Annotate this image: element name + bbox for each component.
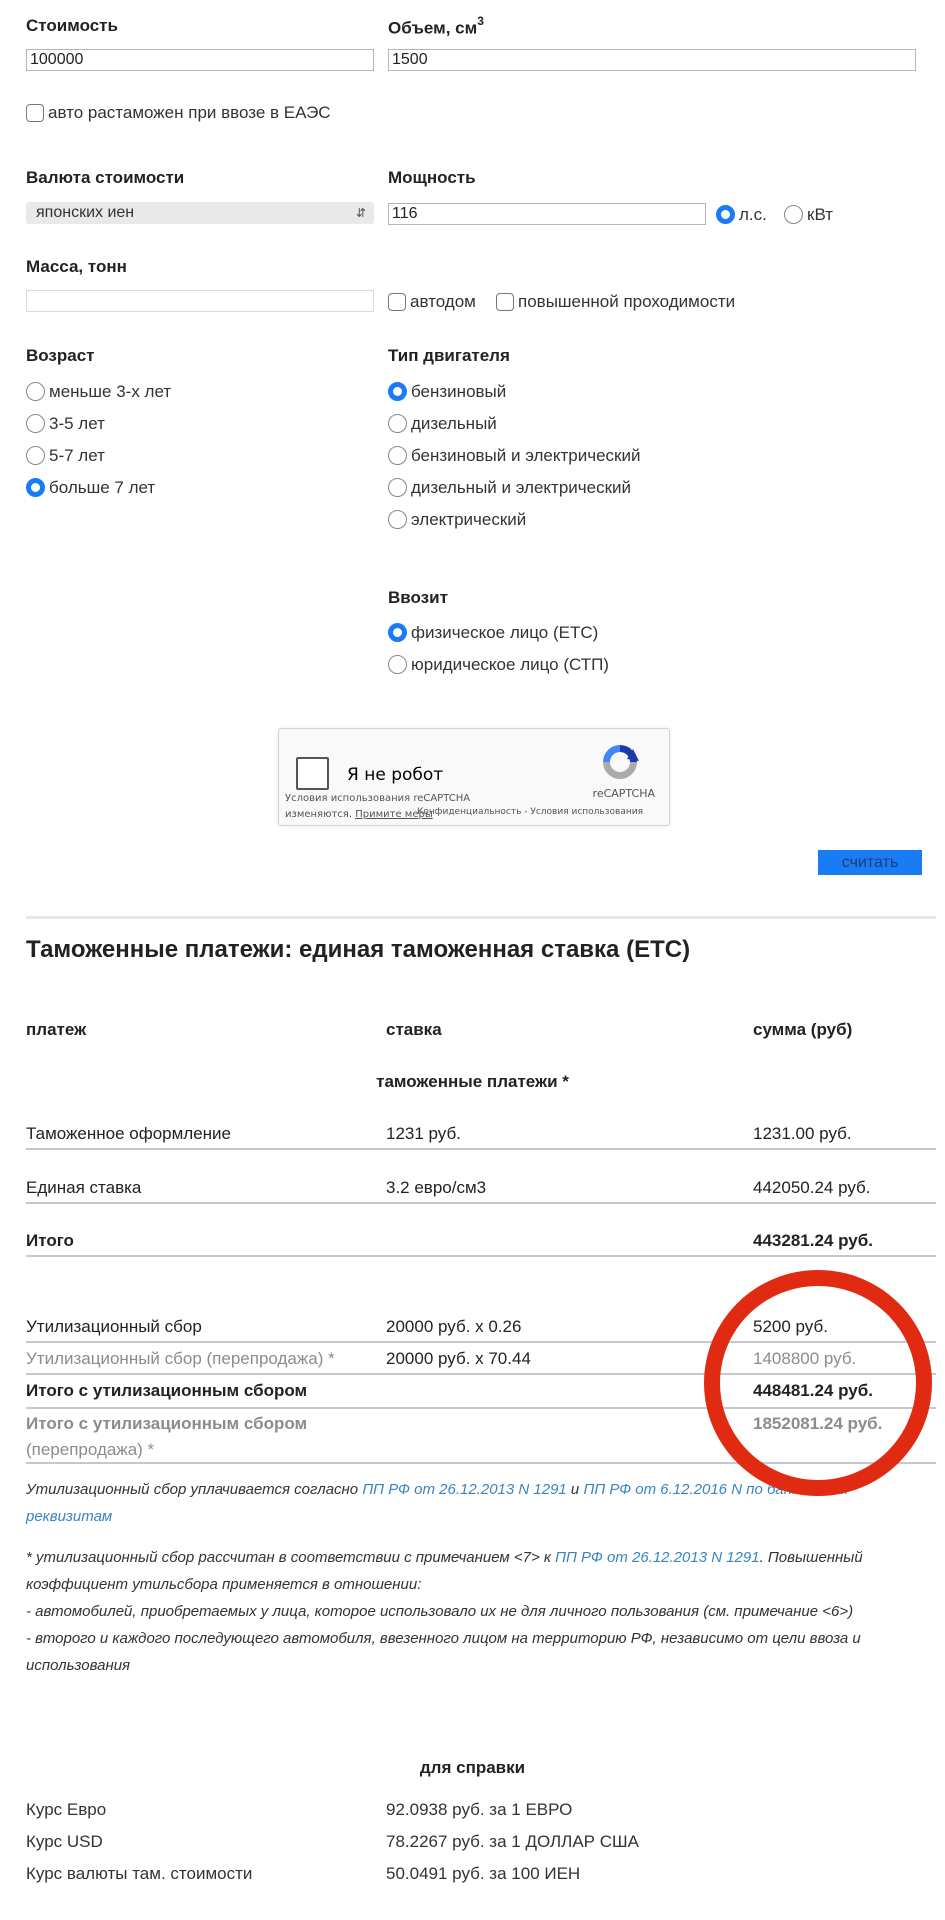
recaptcha-checkbox[interactable] [296,757,329,790]
recaptcha-brand: reCAPTCHA [593,787,655,800]
row-rate: 20000 руб. x 70.44 [386,1349,531,1369]
decree-1291-link[interactable]: ПП РФ от 26.12.2013 N 1291 [555,1549,759,1566]
checkbox-box[interactable] [26,104,44,122]
col-header-payment: платеж [26,1020,86,1040]
radio-icon[interactable] [784,205,803,224]
row-name: Утилизационный сбор [26,1317,202,1337]
engine-option-label: бензиновый и электрический [411,446,641,465]
row-sum: 1231.00 руб. [753,1124,852,1144]
checkbox-box[interactable] [496,293,514,311]
table-row: Утилизационный сбор 20000 руб. x 0.26 52… [26,1317,936,1343]
importer-option-individual[interactable]: физическое лицо (ЕТС) [388,621,598,644]
table-row: Единая ставка 3.2 евро/см3 442050.24 руб… [26,1178,936,1204]
engine-option-label: электрический [411,510,526,529]
col-header-rate: ставка [386,1020,442,1040]
row-sum: 5200 руб. [753,1317,828,1337]
radio-icon[interactable] [388,478,407,497]
reference-name: Курс Евро [26,1800,106,1819]
cost-input[interactable] [26,49,374,71]
radio-icon[interactable] [26,446,45,465]
customs-subheading: таможенные платежи * [0,1072,945,1092]
row-sum: 443281.24 руб. [753,1231,873,1251]
engine-option-label: бензиновый [411,382,506,401]
currency-select[interactable]: японских иен ⇵ [26,202,374,224]
cleared-eaeu-label: авто растаможен при ввозе в ЕАЭС [48,103,331,122]
row-rate: 20000 руб. x 0.26 [386,1317,521,1337]
cost-label: Стоимость [26,16,118,36]
reference-value: 78.2267 руб. за 1 ДОЛЛАР США [386,1832,639,1852]
note-text: и [567,1481,584,1498]
recaptcha-logo-icon [599,741,641,783]
mass-input[interactable] [26,290,374,312]
radio-selected-icon[interactable] [26,478,45,497]
note-item: - второго и каждого последующего автомоб… [26,1630,861,1674]
checkbox-box[interactable] [388,293,406,311]
engine-option-petrol-electric[interactable]: бензиновый и электрический [388,444,641,467]
reference-heading: для справки [0,1758,945,1778]
util-calculation-note: * утилизационный сбор рассчитан в соотве… [26,1544,936,1679]
note-item: - автомобилей, приобретаемых у лица, кот… [26,1603,853,1620]
table-row: Таможенное оформление 1231 руб. 1231.00 … [26,1124,936,1150]
engine-option-diesel[interactable]: дизельный [388,412,497,435]
row-rate: 1231 руб. [386,1124,461,1144]
mass-label: Масса, тонн [26,257,127,277]
age-option-under-3[interactable]: меньше 3-х лет [26,380,171,403]
age-option-5-7[interactable]: 5-7 лет [26,444,105,467]
currency-label: Валюта стоимости [26,168,184,188]
age-option-label: больше 7 лет [49,478,155,497]
recaptcha-terms-line1: Условия использования reCAPTCHA [285,791,470,807]
reference-name: Курс USD [26,1832,103,1851]
cleared-eaeu-checkbox[interactable]: авто растаможен при ввозе в ЕАЭС [26,101,331,124]
importer-label: Ввозит [388,588,448,608]
power-unit-hp-radio[interactable]: л.с. [716,203,767,226]
row-sum: 442050.24 руб. [753,1178,871,1198]
recaptcha-label: Я не робот [347,765,443,785]
row-name: Таможенное оформление [26,1124,231,1144]
recaptcha-widget: Я не робот reCAPTCHA Условия использован… [278,728,670,826]
col-header-sum: сумма (руб) [753,1020,852,1040]
row-name-line1: Итого с утилизационным сбором [26,1414,307,1434]
row-sum: 1408800 руб. [753,1349,856,1369]
reference-name: Курс валюты там. стоимости [26,1864,252,1883]
recaptcha-privacy-links[interactable]: Конфиденциальность - Условия использован… [417,807,643,817]
radio-selected-icon[interactable] [388,623,407,642]
volume-input[interactable] [388,49,916,71]
row-name-line2: (перепродажа) * [26,1440,154,1460]
age-option-label: 5-7 лет [49,446,105,465]
offroad-label: повышенной проходимости [518,292,735,311]
radio-icon[interactable] [388,446,407,465]
radio-selected-icon[interactable] [388,382,407,401]
engine-option-label: дизельный [411,414,497,433]
note-text: Утилизационный сбор уплачивается согласн… [26,1481,362,1498]
age-option-3-5[interactable]: 3-5 лет [26,412,105,435]
table-row-total: Итого 443281.24 руб. [26,1231,936,1257]
volume-label: Объем, см3 [388,16,484,39]
motorhome-checkbox[interactable]: автодом [388,290,476,313]
reference-row: Курс валюты там. стоимости 50.0491 руб. … [26,1864,936,1886]
table-row-total: Итого с утилизационным сбором (перепрода… [26,1414,936,1464]
decree-2016-link[interactable]: ПП РФ от 6.12.2016 N [583,1481,742,1498]
engine-option-diesel-electric[interactable]: дизельный и электрический [388,476,631,499]
currency-selected-value: японских иен [36,204,134,221]
engine-label: Тип двигателя [388,346,510,366]
table-row: Утилизационный сбор (перепродажа) * 2000… [26,1349,936,1375]
recaptcha-terms-line2: изменяются. [285,809,352,820]
reference-row: Курс Евро 92.0938 руб. за 1 ЕВРО [26,1800,936,1822]
chevron-updown-icon: ⇵ [356,202,366,224]
results-title: Таможенные платежи: единая таможенная ст… [26,936,690,964]
row-name: Итого с утилизационным сбором [26,1381,307,1401]
row-rate: 3.2 евро/см3 [386,1178,486,1198]
reference-value: 50.0491 руб. за 100 ИЕН [386,1864,580,1884]
power-unit-hp-label: л.с. [739,205,767,224]
row-sum: 448481.24 руб. [753,1381,873,1401]
engine-option-label: дизельный и электрический [411,478,631,497]
engine-option-petrol[interactable]: бензиновый [388,380,506,403]
decree-1291-link[interactable]: ПП РФ от 26.12.2013 N 1291 [362,1481,566,1498]
bank-details-link[interactable]: по банковским [742,1481,848,1498]
volume-label-text: Объем, см [388,19,477,38]
row-name: Единая ставка [26,1178,141,1198]
age-option-over-7[interactable]: больше 7 лет [26,476,155,499]
radio-selected-icon[interactable] [716,205,735,224]
util-payment-note: Утилизационный сбор уплачивается согласн… [26,1476,936,1530]
bank-details-link-line2[interactable]: реквизитам [26,1508,112,1525]
radio-icon[interactable] [26,382,45,401]
calculate-button[interactable]: считать [818,850,922,875]
power-input[interactable] [388,203,706,225]
volume-label-sup: 3 [477,14,484,28]
section-divider [26,916,936,919]
importer-option-label: юридическое лицо (СТП) [411,655,609,674]
importer-option-label: физическое лицо (ЕТС) [411,623,598,642]
table-row-total: Итого с утилизационным сбором 448481.24 … [26,1381,936,1409]
radio-icon[interactable] [388,510,407,529]
power-label: Мощность [388,168,476,188]
row-name: Итого [26,1231,74,1251]
row-name: Утилизационный сбор (перепродажа) * [26,1349,335,1369]
radio-icon[interactable] [388,414,407,433]
note-text: * утилизационный сбор рассчитан в соотве… [26,1549,555,1566]
power-unit-kw-radio[interactable]: кВт [784,203,833,226]
motorhome-label: автодом [410,292,476,311]
offroad-checkbox[interactable]: повышенной проходимости [496,290,735,313]
age-option-label: 3-5 лет [49,414,105,433]
age-label: Возраст [26,346,95,366]
reference-row: Курс USD 78.2267 руб. за 1 ДОЛЛАР США [26,1832,936,1854]
reference-value: 92.0938 руб. за 1 ЕВРО [386,1800,572,1820]
row-sum: 1852081.24 руб. [753,1414,882,1434]
radio-icon[interactable] [26,414,45,433]
power-unit-kw-label: кВт [807,205,833,224]
age-option-label: меньше 3-х лет [49,382,171,401]
importer-option-legal-entity[interactable]: юридическое лицо (СТП) [388,653,609,676]
radio-icon[interactable] [388,655,407,674]
engine-option-electric[interactable]: электрический [388,508,526,531]
